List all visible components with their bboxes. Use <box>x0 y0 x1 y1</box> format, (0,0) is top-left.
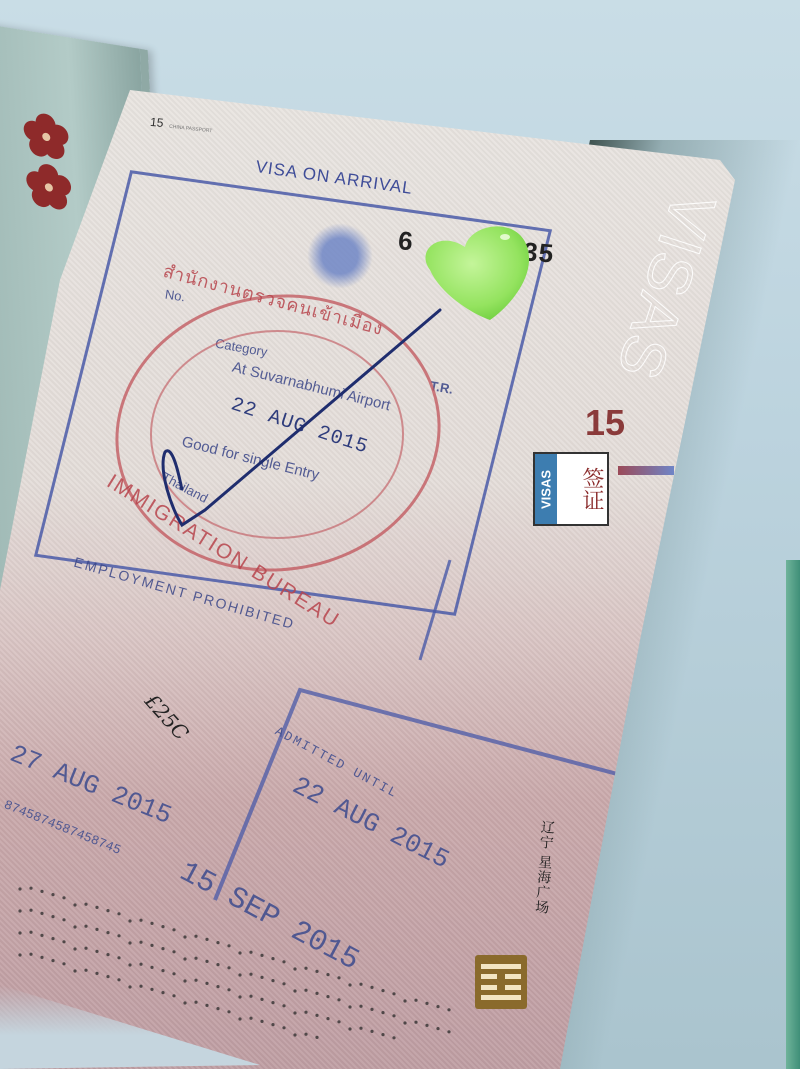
cherry-blossom-icon <box>22 110 70 164</box>
cherry-blossom-icon <box>25 161 73 215</box>
table-edge <box>786 560 800 1069</box>
page-emblem-icon <box>475 955 527 1009</box>
cover-country-text: JAPAN <box>0 253 2 322</box>
photo-scene: JAPAN 15CHINA PASSPORT VISAS VISA ON ARR… <box>0 0 800 1069</box>
